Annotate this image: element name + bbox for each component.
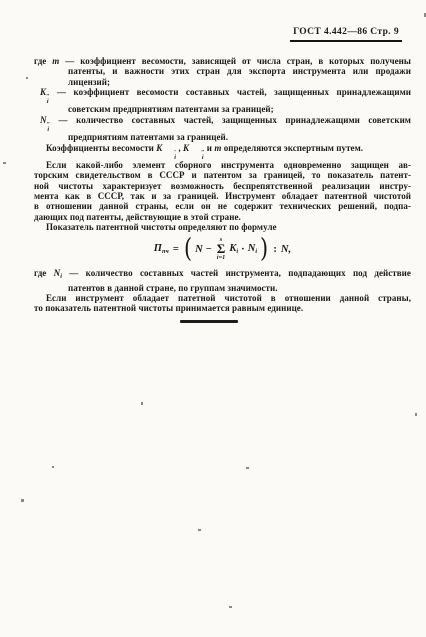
scan-speck [3,162,6,164]
definition-text: количество составных частей инструмента,… [86,268,411,278]
page-header-title: ГОСТ 4.442—86 Стр. 9 [293,27,399,37]
paragraph-coefficients: Коэффициенты весомости K′i , K″i и m опр… [34,143,411,160]
definition-m: где m — коэффициент весомости, зависящей… [34,56,411,87]
multiplication-dot: · [241,244,245,255]
symbol-k-doubleprime-i: K″i [183,143,204,153]
paragraph-line: Если инструмент обладает патетной чистот… [34,293,411,303]
scan-speck [52,466,54,468]
paragraph-line: торским свидетельством в СССР и патентом… [34,170,411,180]
paragraph-final: Если инструмент обладает патетной чистот… [34,293,411,314]
paragraph-patent-purity: Если какой-либо элемент сборного инструм… [34,160,411,222]
equals-sign: = [173,244,179,255]
definition-lead: где [34,268,46,278]
definition-text: коэффициент весомости, зависящей от числ… [80,56,411,66]
symbol-n-doubleprime-i: N″i [40,115,50,125]
formula-intro: Показатель патентной чистоты определяют … [34,222,411,232]
definition-line: K″i — коэффициент весомости составных ча… [40,87,411,104]
patent-purity-formula: Ппч = ( N − s Σ i=1 Ki · Ni ) : N, [34,237,411,261]
definition-line: патенты, и важности этих стран для экспо… [68,66,411,76]
definition-ni: где Ni — количество составных частей инс… [34,268,411,293]
symbol-k-prime-i: K′i [156,143,176,153]
definition-lead: где [34,56,46,66]
paragraph-line: Если какой-либо элемент сборного инструм… [34,160,411,170]
symbol-n-i: Ni [248,243,257,255]
definition-line: где m — коэффициент весомости, зависящей… [34,56,411,66]
symbol-n: N [195,244,203,255]
scan-speck [198,529,201,531]
scan-speck [21,499,24,502]
scan-speck [229,606,232,608]
paragraph-line: мента как в СССР, так и за границей. Инс… [34,191,411,201]
definition-dash: — [57,87,66,97]
definition-line: патентов в данной стране, по группам зна… [68,283,411,293]
definition-text: количество составных частей, защищенных … [76,115,411,125]
definition-line: лицензий; [68,77,411,87]
definition-line: предприятиям патентами за границей. [68,132,411,142]
definition-n-doubleprime: N″i — количество составных частей, защищ… [34,115,411,143]
definition-line: N″i — количество составных частей, защищ… [40,115,411,132]
summation-symbol: s Σ i=1 [217,237,226,261]
scan-speck [26,77,28,79]
definition-dash: — [65,56,74,66]
document-page: ГОСТ 4.442—86 Стр. 9 где m — коэффициент… [0,0,426,637]
symbol-k-doubleprime-i: K″i [40,87,49,97]
definition-dash: — [69,268,78,278]
open-paren: ( [184,238,192,260]
formula-lhs: Ппч [154,243,169,255]
definition-line: советским предприятиям патентами за гран… [68,104,411,114]
division-colon: : [273,244,277,255]
symbol-n-i: Ni [54,268,62,278]
paragraph-line: то показатель патентной чистоты принимае… [34,303,411,313]
symbol-m: m [52,56,59,66]
symbol-n-rhs: N, [281,244,291,255]
document-body: где m — коэффициент весомости, зависящей… [34,56,411,314]
definition-dash: — [59,115,68,125]
scan-speck [415,413,417,416]
definition-line: где Ni — количество составных частей инс… [34,268,411,282]
symbol-k-i: Ki [229,243,238,255]
section-divider [180,320,238,323]
scan-speck [246,467,249,469]
paragraph-line: в отношении данной страны, если он не со… [34,201,411,211]
definition-k-doubleprime: K″i — коэффициент весомости составных ча… [34,87,411,115]
symbol-m: m [214,143,221,153]
close-paren: ) [260,238,268,260]
paragraph-line: дающих под патенты, действующие в этой с… [34,212,411,222]
scan-speck [141,402,143,405]
definition-text: коэффициент весомости составных частей, … [73,87,411,97]
minus-sign: − [206,244,212,255]
paragraph-line: ной чистоты характеризует возможность бе… [34,181,411,191]
page-header: ГОСТ 4.442—86 Стр. 9 [290,27,402,42]
